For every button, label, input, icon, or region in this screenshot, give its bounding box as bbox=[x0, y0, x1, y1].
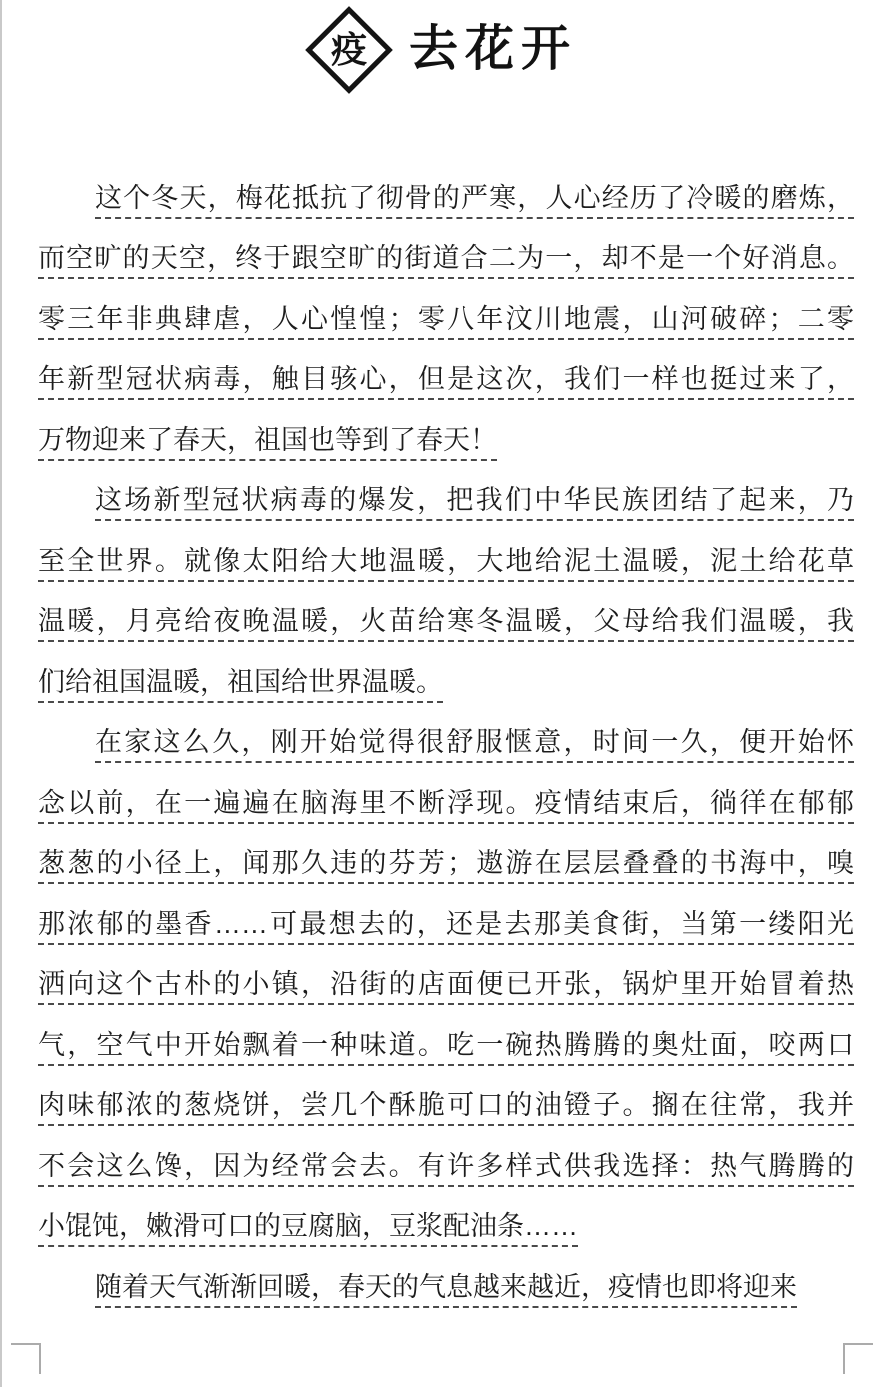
essay-line-text: 在家这么久，刚开始觉得很舒服惬意，时间一久，便开始怀 bbox=[95, 727, 854, 763]
essay-line-text: 念以前，在一遍遍在脑海里不断浮现。疫情结束后，徜徉在郁郁 bbox=[38, 788, 854, 824]
diamond-frame-icon: 疫 bbox=[305, 6, 393, 94]
essay-line: 万物迎来了春天，祖国也等到了春天！ bbox=[38, 400, 854, 461]
essay-line-text: 洒向这个古朴的小镇，沿街的店面便已开张，锅炉里开始冒着热 bbox=[38, 969, 854, 1005]
essay-line: 洒向这个古朴的小镇，沿街的店面便已开张，锅炉里开始冒着热 bbox=[38, 945, 854, 1006]
essay-line-text: 而空旷的天空，终于跟空旷的街道合二为一，却不是一个好消息。 bbox=[38, 243, 854, 279]
essay-line-text: 随着天气渐渐回暖，春天的气息越来越近，疫情也即将迎来 bbox=[95, 1272, 797, 1308]
essay-line: 们给祖国温暖，祖国给世界温暖。 bbox=[38, 642, 854, 703]
title-badge-char: 疫 bbox=[331, 32, 367, 68]
essay-body: 这个冬天，梅花抵抗了彻骨的严寒，人心经历了冷暖的磨炼，而空旷的天空，终于跟空旷的… bbox=[38, 158, 854, 1308]
essay-line: 肉味郁浓的葱烧饼，尝几个酥脆可口的油镫子。搁在往常，我并 bbox=[38, 1066, 854, 1127]
essay-line: 而空旷的天空，终于跟空旷的街道合二为一，却不是一个好消息。 bbox=[38, 219, 854, 280]
essay-line: 不会这么馋，因为经常会去。有许多样式供我选择：热气腾腾的 bbox=[38, 1126, 854, 1187]
document-page: 疫 去花开 这个冬天，梅花抵抗了彻骨的严寒，人心经历了冷暖的磨炼，而空旷的天空，… bbox=[0, 0, 886, 1387]
essay-header: 疫 去花开 bbox=[0, 10, 886, 90]
essay-line-text: 小馄饨，嫩滑可口的豆腐脑，豆浆配油条…… bbox=[38, 1211, 578, 1247]
essay-line: 温暖，月亮给夜晚温暖，火苗给寒冬温暖，父母给我们温暖，我 bbox=[38, 582, 854, 643]
essay-line: 年新型冠状病毒，触目骇心，但是这次，我们一样也挺过来了， bbox=[38, 340, 854, 401]
essay-line-text: 至全世界。就像太阳给大地温暖，大地给泥土温暖，泥土给花草 bbox=[38, 546, 854, 582]
essay-line: 念以前，在一遍遍在脑海里不断浮现。疫情结束后，徜徉在郁郁 bbox=[38, 763, 854, 824]
essay-line: 小馄饨，嫩滑可口的豆腐脑，豆浆配油条…… bbox=[38, 1187, 854, 1248]
page-title: 去花开 bbox=[409, 23, 577, 77]
bottom-left-margin-crop-mark bbox=[11, 1343, 41, 1374]
bottom-right-margin-crop-mark bbox=[843, 1343, 873, 1374]
essay-line-text: 温暖，月亮给夜晚温暖，火苗给寒冬温暖，父母给我们温暖，我 bbox=[38, 606, 854, 642]
page-edge-line bbox=[0, 0, 2, 1387]
essay-line: 那浓郁的墨香……可最想去的，还是去那美食街，当第一缕阳光 bbox=[38, 884, 854, 945]
essay-line-text: 不会这么馋，因为经常会去。有许多样式供我选择：热气腾腾的 bbox=[38, 1151, 854, 1187]
essay-line: 葱葱的小径上，闻那久违的芬芳；遨游在层层叠叠的书海中，嗅 bbox=[38, 824, 854, 885]
essay-line-text: 零三年非典肆虐，人心惶惶；零八年汶川地震，山河破碎；二零 bbox=[38, 304, 854, 340]
essay-line: 这个冬天，梅花抵抗了彻骨的严寒，人心经历了冷暖的磨炼， bbox=[38, 158, 854, 219]
essay-line: 至全世界。就像太阳给大地温暖，大地给泥土温暖，泥土给花草 bbox=[38, 521, 854, 582]
essay-line-text: 们给祖国温暖，祖国给世界温暖。 bbox=[38, 667, 443, 703]
essay-line-text: 那浓郁的墨香……可最想去的，还是去那美食街，当第一缕阳光 bbox=[38, 909, 854, 945]
essay-line-text: 这场新型冠状病毒的爆发，把我们中华民族团结了起来，乃 bbox=[95, 485, 854, 521]
title-badge-icon: 疫 bbox=[309, 10, 389, 90]
essay-line-text: 肉味郁浓的葱烧饼，尝几个酥脆可口的油镫子。搁在往常，我并 bbox=[38, 1090, 854, 1126]
essay-line: 零三年非典肆虐，人心惶惶；零八年汶川地震，山河破碎；二零 bbox=[38, 279, 854, 340]
essay-line-text: 这个冬天，梅花抵抗了彻骨的严寒，人心经历了冷暖的磨炼， bbox=[95, 183, 854, 219]
essay-line-text: 葱葱的小径上，闻那久违的芬芳；遨游在层层叠叠的书海中，嗅 bbox=[38, 848, 854, 884]
essay-line: 随着天气渐渐回暖，春天的气息越来越近，疫情也即将迎来 bbox=[38, 1247, 854, 1308]
essay-line: 这场新型冠状病毒的爆发，把我们中华民族团结了起来，乃 bbox=[38, 461, 854, 522]
essay-line: 在家这么久，刚开始觉得很舒服惬意，时间一久，便开始怀 bbox=[38, 703, 854, 764]
essay-line: 气，空气中开始飘着一种味道。吃一碗热腾腾的奥灶面，咬两口 bbox=[38, 1005, 854, 1066]
essay-line-text: 气，空气中开始飘着一种味道。吃一碗热腾腾的奥灶面，咬两口 bbox=[38, 1030, 854, 1066]
essay-line-text: 万物迎来了春天，祖国也等到了春天！ bbox=[38, 425, 497, 461]
essay-line-text: 年新型冠状病毒，触目骇心，但是这次，我们一样也挺过来了， bbox=[38, 364, 854, 400]
